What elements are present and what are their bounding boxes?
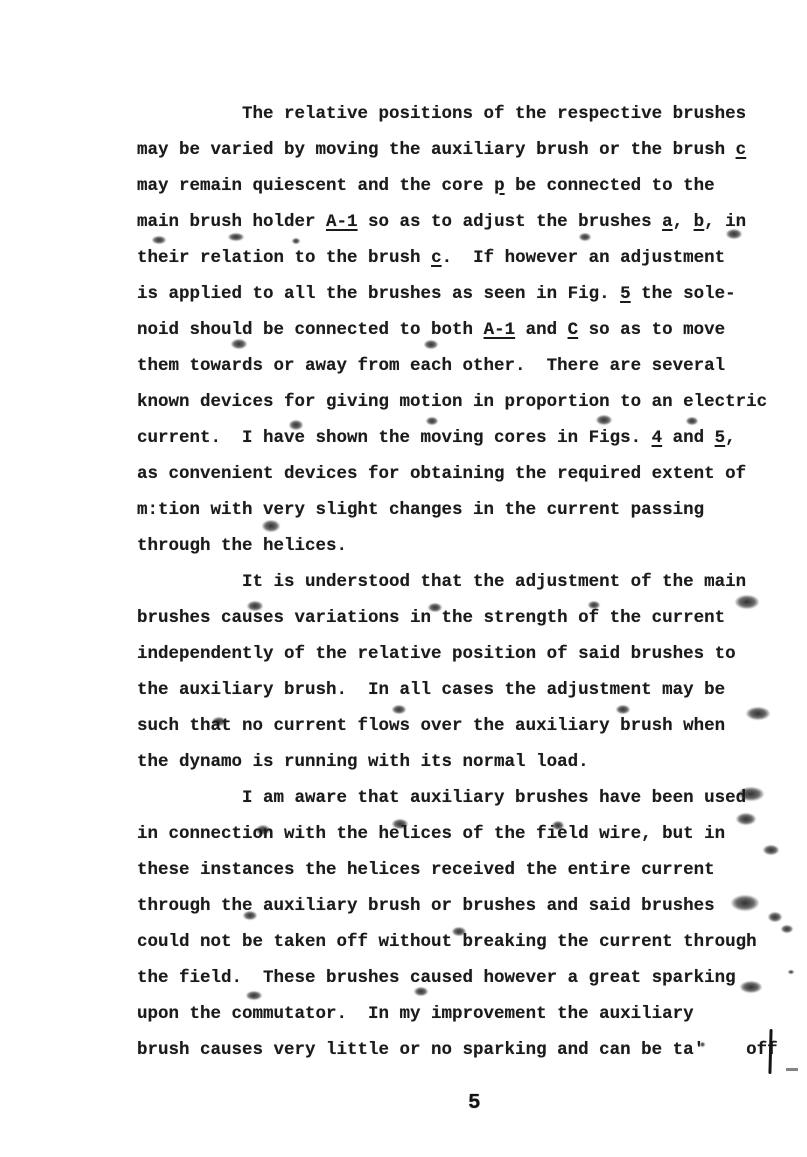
- underlined-reference: a: [662, 212, 673, 232]
- ink-smudge: [231, 339, 247, 349]
- ink-smudge: [424, 340, 438, 349]
- underlined-reference: C: [568, 320, 579, 340]
- ink-smudge: [289, 420, 303, 430]
- underlined-reference: b: [694, 212, 705, 232]
- underlined-reference: A-1: [484, 320, 516, 340]
- ink-smudge: [256, 825, 270, 835]
- paragraph: I am aware that auxiliary brushes have b…: [137, 780, 802, 1068]
- text-line: The relative positions of the respective…: [137, 96, 802, 132]
- ink-smudge: [426, 417, 438, 425]
- ink-smudge: [588, 601, 600, 609]
- text-line: brush causes very little or no sparking …: [137, 1032, 802, 1068]
- ink-smudge: [596, 415, 612, 425]
- text-line: may remain quiescent and the core p be c…: [137, 168, 802, 204]
- text-line: known devices for giving motion in propo…: [137, 384, 802, 420]
- ink-smudge: [428, 603, 442, 612]
- underlined-reference: c: [736, 140, 747, 160]
- underlined-reference: 5: [620, 284, 631, 304]
- ink-smudge: [788, 970, 794, 974]
- text-line: such that no current flows over the auxi…: [137, 708, 802, 744]
- underlined-reference: c: [431, 248, 442, 268]
- text-line: in connection with the helices of the fi…: [137, 816, 802, 852]
- ink-smudge: [746, 707, 770, 720]
- text-line: as convenient devices for obtaining the …: [137, 456, 802, 492]
- underlined-reference: A-1: [326, 212, 358, 232]
- ink-smudge: [292, 238, 300, 244]
- ink-smudge: [735, 595, 759, 609]
- text-line: the field. These brushes caused however …: [137, 960, 802, 996]
- ink-smudge: [726, 229, 742, 239]
- ink-smudge: [552, 821, 564, 830]
- underlined-reference: 5: [715, 428, 726, 448]
- text-line: current. I have shown the moving cores i…: [137, 420, 802, 456]
- paragraph: The relative positions of the respective…: [137, 96, 802, 564]
- ink-smudge: [414, 987, 428, 996]
- document-text: The relative positions of the respective…: [137, 96, 802, 1068]
- ink-smudge: [212, 717, 226, 726]
- text-line: I am aware that auxiliary brushes have b…: [137, 780, 802, 816]
- ink-smudge: [392, 705, 406, 714]
- ink-smudge: [738, 787, 764, 801]
- paragraph: It is understood that the adjustment of …: [137, 564, 802, 780]
- ink-smudge: [152, 236, 166, 244]
- ink-smudge: [262, 520, 280, 532]
- text-line: through the auxiliary brush or brushes a…: [137, 888, 802, 924]
- text-line: It is understood that the adjustment of …: [137, 564, 802, 600]
- ink-smudge: [246, 991, 262, 1000]
- ink-smudge: [247, 601, 263, 611]
- ink-smudge: [686, 417, 698, 425]
- ink-smudge: [740, 981, 762, 993]
- text-line: is applied to all the brushes as seen in…: [137, 276, 802, 312]
- text-line: through the helices.: [137, 528, 802, 564]
- ink-smudge: [731, 895, 759, 911]
- text-line: independently of the relative position o…: [137, 636, 802, 672]
- text-line: brushes causes variations in the strengt…: [137, 600, 802, 636]
- ink-smudge: [736, 813, 756, 825]
- text-line: the auxiliary brush. In all cases the ad…: [137, 672, 802, 708]
- ink-smudge: [392, 819, 408, 829]
- text-line: could not be taken off without breaking …: [137, 924, 802, 960]
- ink-smudge: [763, 845, 779, 855]
- page-number: 5: [468, 1092, 481, 1115]
- pen-dash-mark: [786, 1068, 798, 1071]
- ink-smudge: [700, 1042, 705, 1047]
- ink-smudge: [768, 912, 782, 922]
- ink-smudge: [228, 233, 244, 241]
- ink-smudge: [579, 233, 591, 241]
- text-line: upon the commutator. In my improvement t…: [137, 996, 802, 1032]
- text-line: their relation to the brush c. If howeve…: [137, 240, 802, 276]
- scanned-page: The relative positions of the respective…: [0, 0, 807, 1157]
- text-line: them towards or away from each other. Th…: [137, 348, 802, 384]
- ink-smudge: [243, 911, 257, 920]
- ink-smudge: [452, 927, 466, 936]
- text-line: these instances the helices received the…: [137, 852, 802, 888]
- text-line: may be varied by moving the auxiliary br…: [137, 132, 802, 168]
- underlined-reference: p: [494, 176, 505, 196]
- text-line: the dynamo is running with its normal lo…: [137, 744, 802, 780]
- underlined-reference: 4: [652, 428, 663, 448]
- ink-smudge: [616, 705, 630, 714]
- text-line: m:tion with very slight changes in the c…: [137, 492, 802, 528]
- ink-smudge: [781, 925, 793, 933]
